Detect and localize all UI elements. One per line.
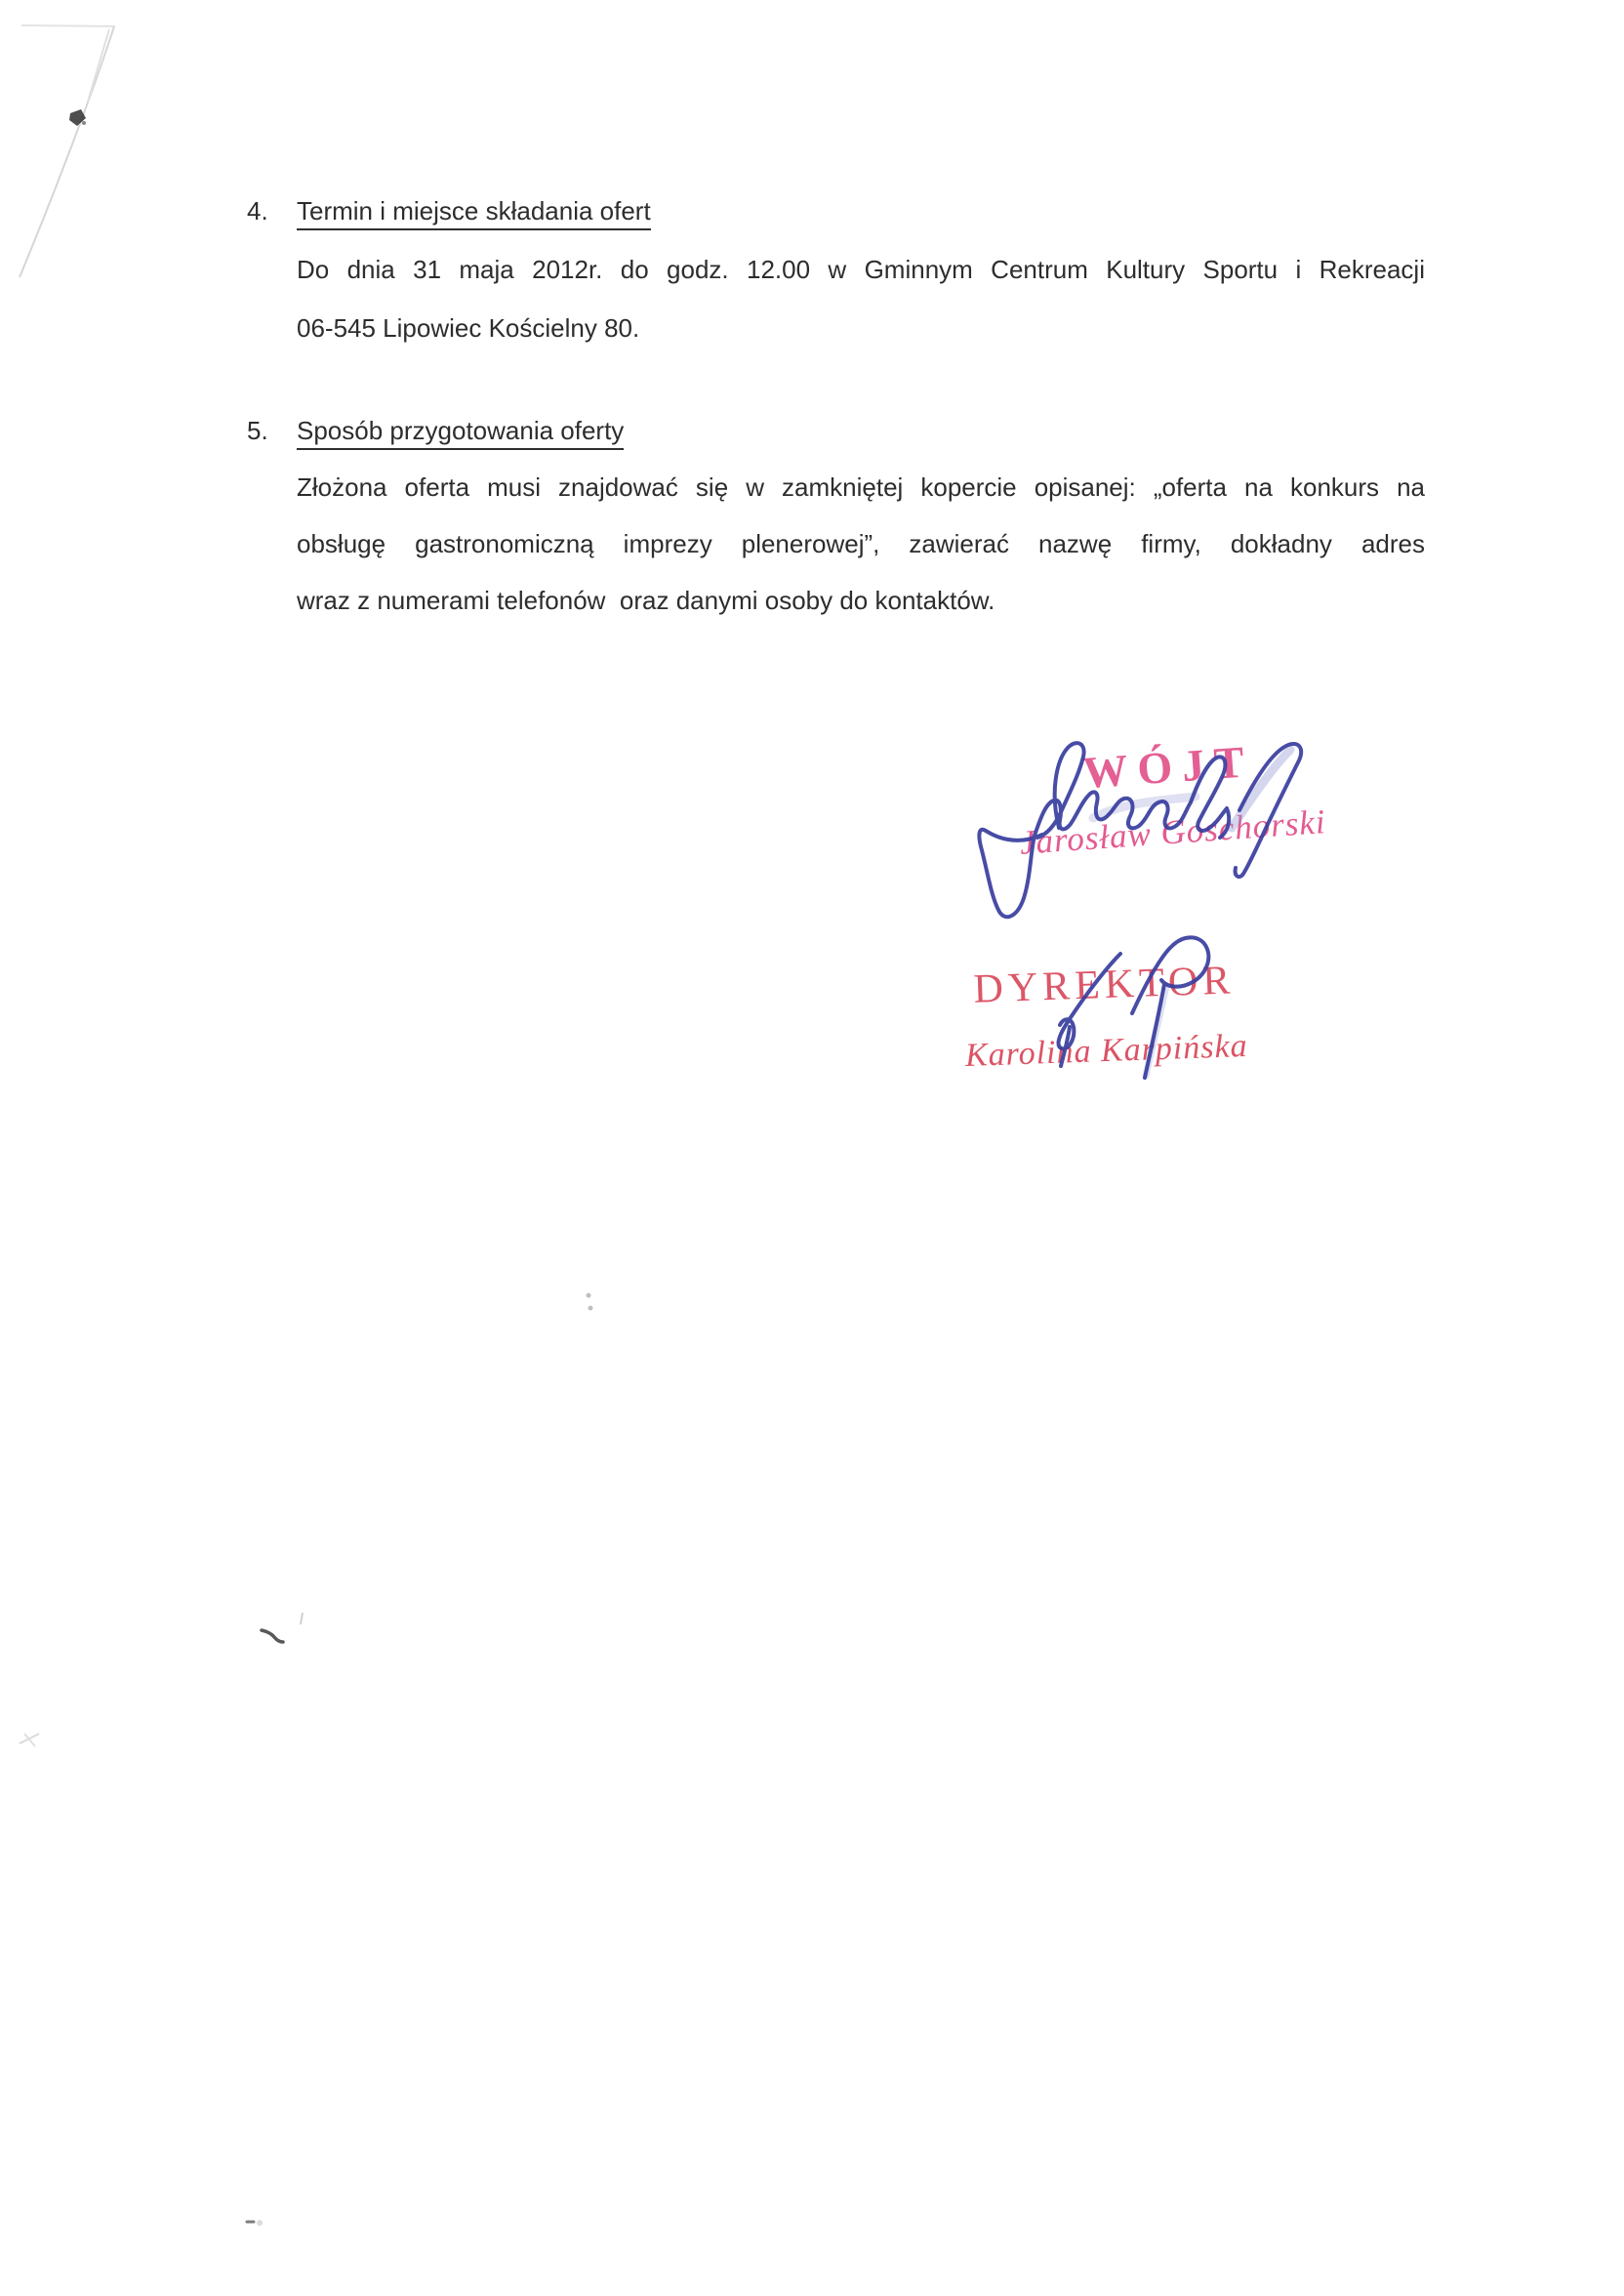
stamp-wojt-title: WÓJT bbox=[990, 728, 1348, 804]
body-line: Złożona oferta musi znajdować się w zamk… bbox=[297, 459, 1425, 515]
section-heading: Sposób przygotowania oferty bbox=[297, 402, 1425, 459]
body-line: wraz z numerami telefonów oraz danymi os… bbox=[297, 572, 1425, 629]
stamp-dyrektor: DYREKTOR Karolina Karpińska bbox=[954, 957, 1258, 1104]
section-number: 4. bbox=[247, 182, 268, 240]
section-sposob: 5. Sposób przygotowania oferty Złożona o… bbox=[0, 402, 1624, 629]
signature-dyrektor bbox=[1059, 937, 1209, 1078]
signature-wojt bbox=[979, 743, 1301, 917]
section-number: 5. bbox=[247, 402, 268, 459]
section-heading: Termin i miejsce składania ofert bbox=[297, 182, 1425, 240]
section-termin: 4. Termin i miejsce składania ofert Do d… bbox=[0, 182, 1624, 357]
stamp-wojt-name: Jarosław Goschorski bbox=[995, 800, 1352, 864]
body-line: 06-545 Lipowiec Kościelny 80. bbox=[297, 299, 1425, 357]
body-line: Do dnia 31 maja 2012r. do godz. 12.00 w … bbox=[297, 240, 1425, 299]
body-line: obsługę gastronomiczną imprezy plenerowe… bbox=[297, 515, 1425, 572]
stamp-dyrektor-title: DYREKTOR bbox=[954, 957, 1254, 1014]
document-page: 4. Termin i miejsce składania ofert Do d… bbox=[0, 0, 1624, 2296]
stamp-dyrektor-name: Karolina Karpińska bbox=[956, 1028, 1256, 1076]
ink-blob bbox=[69, 109, 86, 126]
stamp-wojt: WÓJT Jarosław Goschorski bbox=[989, 722, 1354, 893]
